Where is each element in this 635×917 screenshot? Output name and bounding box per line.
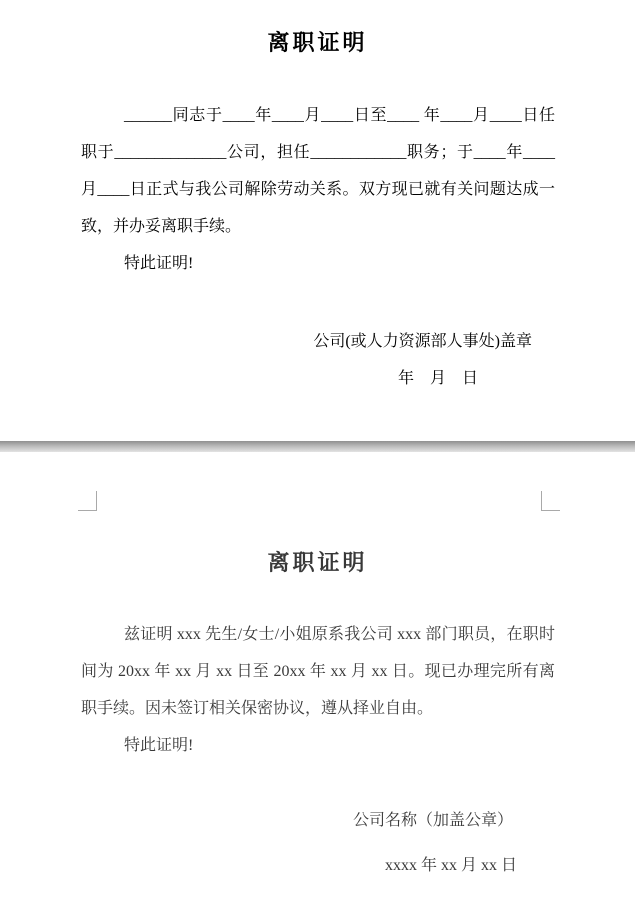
page1-body: ______同志于____年____月____日至____ 年____月____… <box>81 97 555 282</box>
page-2: 离职证明 兹证明 xxx 先生/女士/小姐原系我公司 xxx 部门职员，在职时间… <box>0 452 635 917</box>
page-1: 离职证明 ______同志于____年____月____日至____ 年____… <box>0 0 635 441</box>
page1-signature-date: 年 月 日 <box>0 369 635 389</box>
margin-crop-mark-right-icon <box>541 491 560 511</box>
page2-closing: 特此证明! <box>81 727 555 764</box>
page2-body: 兹证明 xxx 先生/女士/小姐原系我公司 xxx 部门职员，在职时间为 20x… <box>81 616 555 764</box>
page1-signature-company: 公司(或人力资源部人事处)盖章 <box>0 332 635 352</box>
document-view: 离职证明 ______同志于____年____月____日至____ 年____… <box>0 0 635 917</box>
page1-paragraph: ______同志于____年____月____日至____ 年____月____… <box>81 97 555 245</box>
page1-closing: 特此证明! <box>81 245 555 282</box>
page1-title: 离职证明 <box>0 26 635 57</box>
page2-paragraph: 兹证明 xxx 先生/女士/小姐原系我公司 xxx 部门职员，在职时间为 20x… <box>81 616 555 727</box>
page2-title: 离职证明 <box>0 546 635 577</box>
page-separator <box>0 441 635 452</box>
page2-signature-company: 公司名称（加盖公章） <box>0 811 635 831</box>
margin-crop-mark-left-icon <box>78 491 97 511</box>
page2-signature-date: xxxx 年 xx 月 xx 日 <box>0 856 635 876</box>
